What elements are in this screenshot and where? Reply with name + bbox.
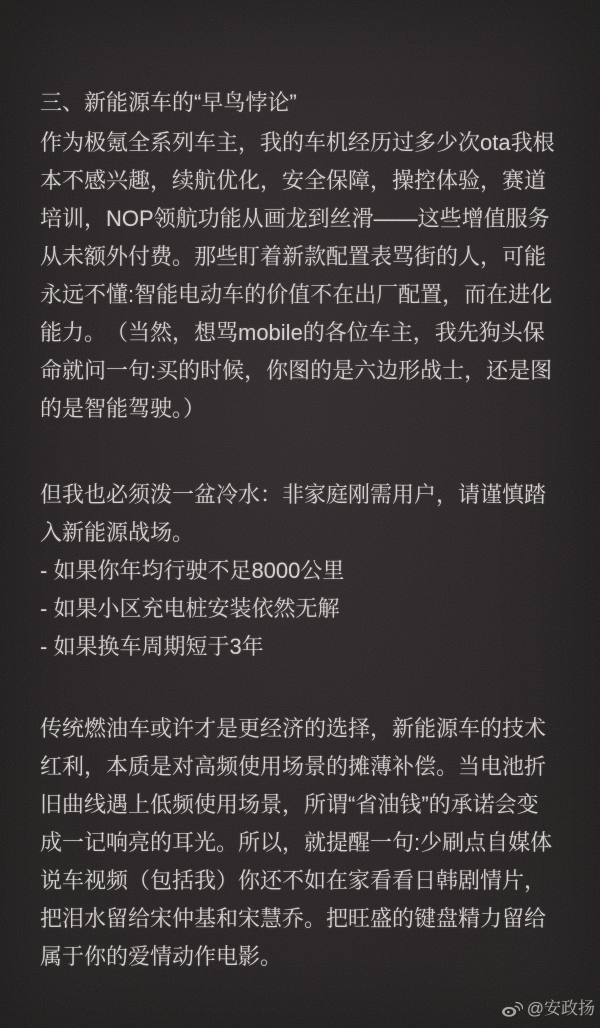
section-title: 三、新能源车的“早鸟悖论” xyxy=(40,84,588,122)
paragraph-fuel-car-advice: 传统燃油车或许才是更经济的选择，新能源车的技术 红利，本质是对高频使用场景的摊薄… xyxy=(40,710,588,976)
watermark-handle: @安政扬 xyxy=(527,998,595,1020)
post-text-block: 三、新能源车的“早鸟悖论” 作为极氪全系列车主，我的车机经历过多少次ota我根 … xyxy=(40,84,588,976)
paragraph-cold-water-warning: 但我也必须泼一盆冷水：非家庭刚需用户，请谨慎踏 入新能源战场。 - 如果你年均行… xyxy=(40,476,588,666)
paragraph-ota-evolution: 作为极氪全系列车主，我的车机经历过多少次ota我根 本不感兴趣，续航优化，安全保… xyxy=(40,124,588,428)
weibo-logo-icon xyxy=(501,1000,523,1019)
screenshot-root: { "theme": { "bg_color": "#2a2526", "tex… xyxy=(0,0,600,1028)
watermark: @安政扬 xyxy=(501,998,595,1020)
slide-background: 三、新能源车的“早鸟悖论” 作为极氪全系列车主，我的车机经历过多少次ota我根 … xyxy=(0,0,600,1028)
